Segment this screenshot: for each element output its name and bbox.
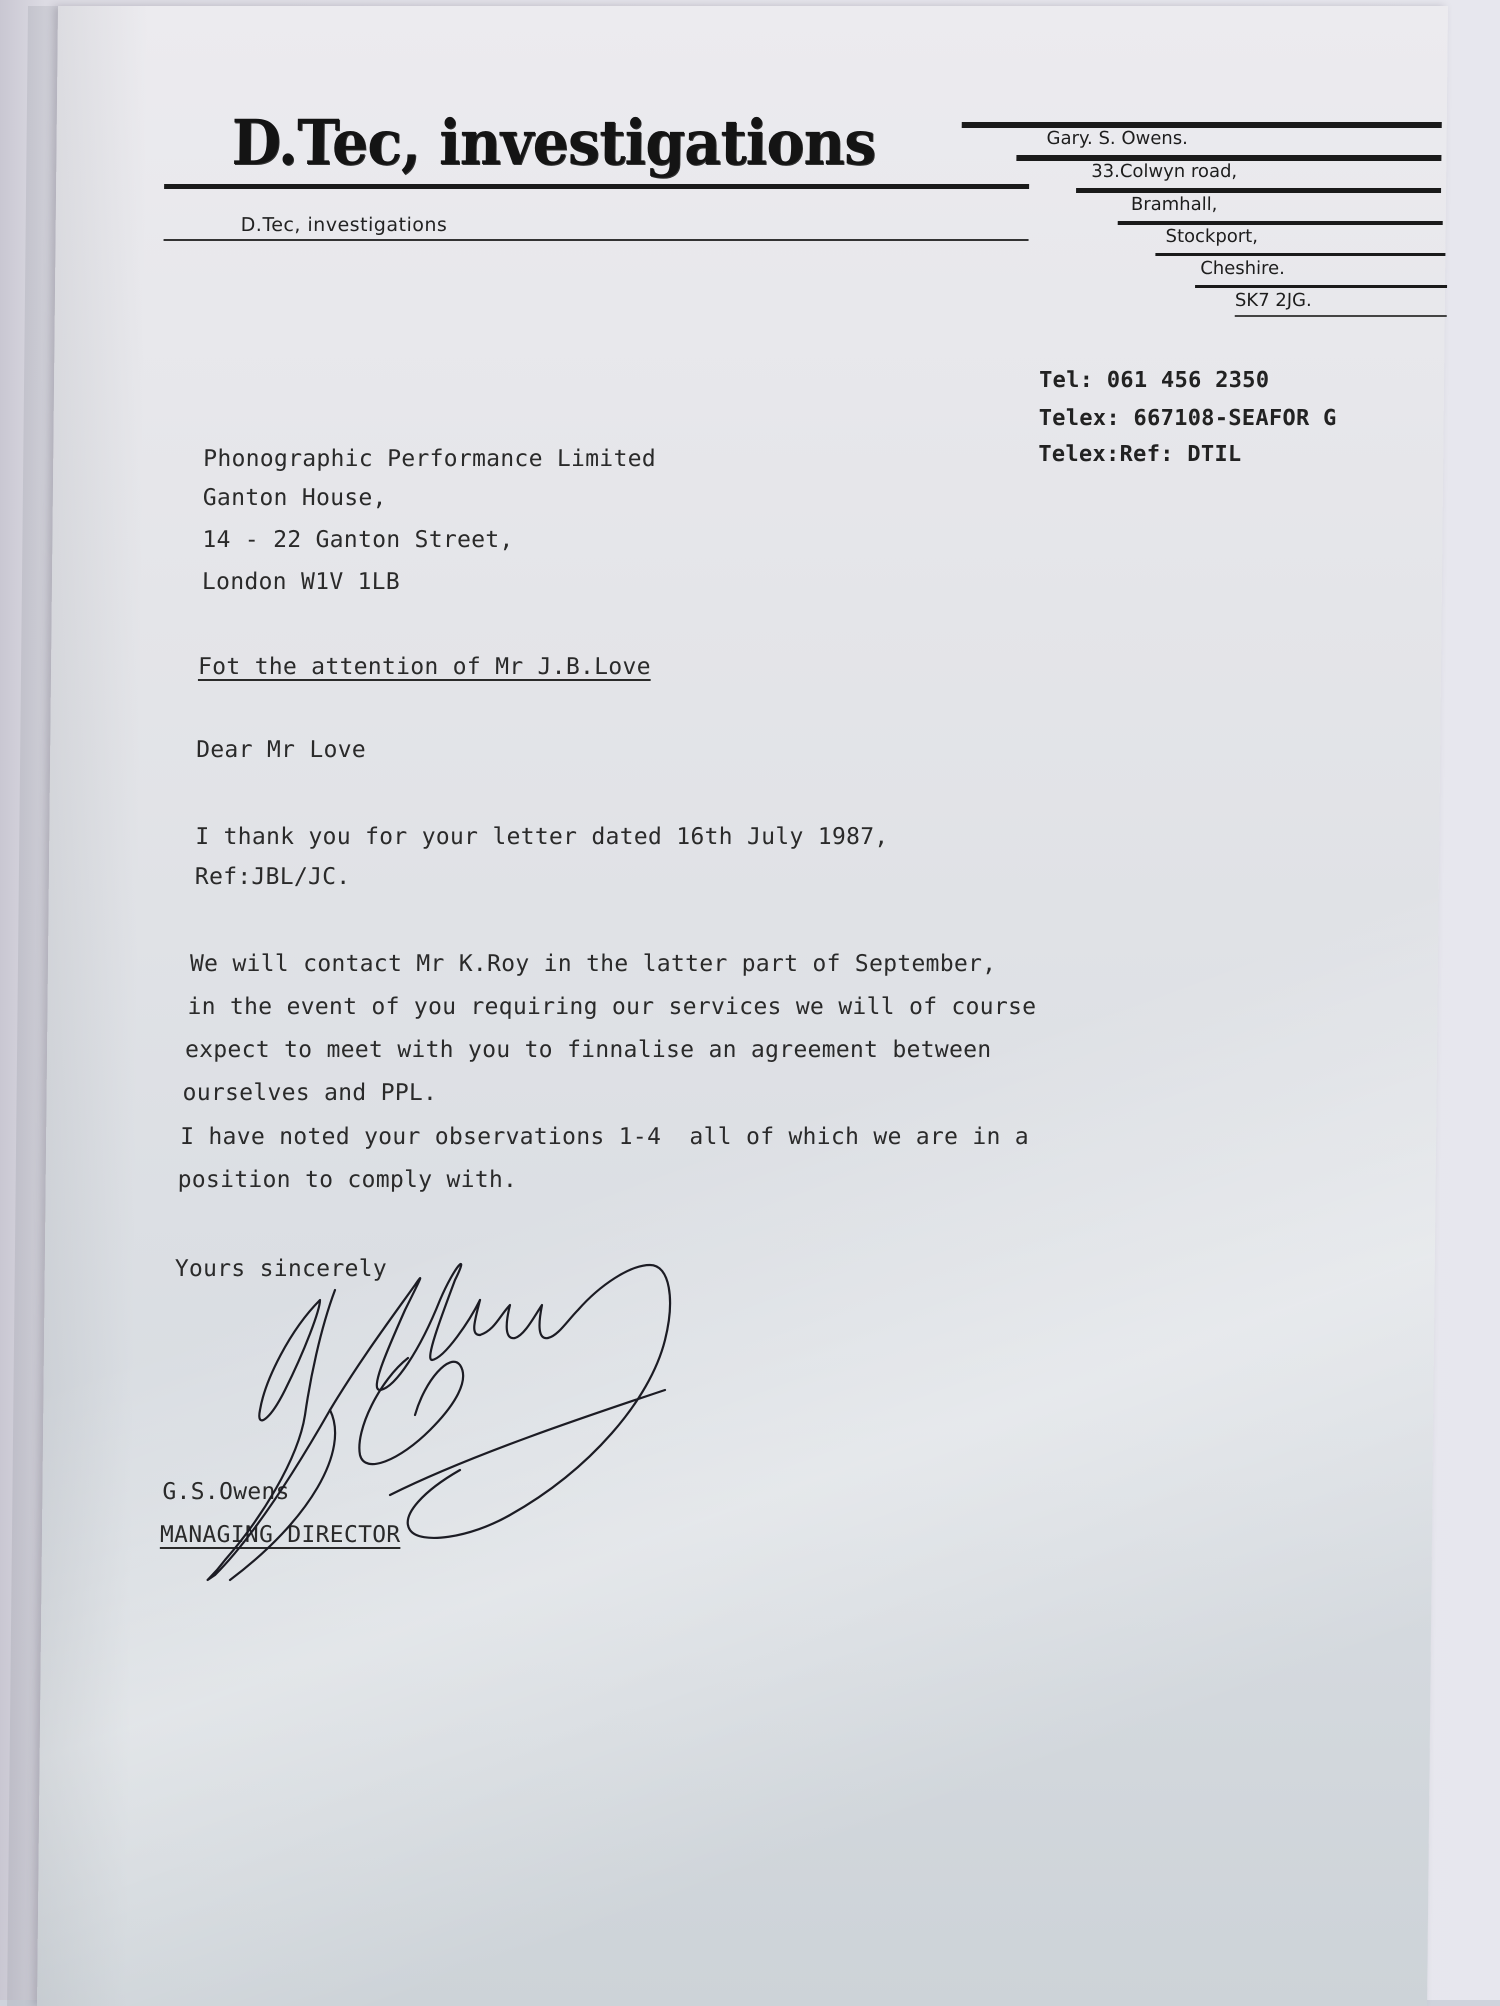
address-rule-3 [1118, 221, 1443, 225]
letterhead-rule-bottom [164, 239, 1029, 241]
body-line: We will contact Mr K.Roy in the latter p… [190, 951, 997, 977]
sender-name: Gary. S. Owens. [1047, 128, 1188, 149]
sender-town: Stockport, [1165, 226, 1258, 247]
recipient-line: Ganton House, [203, 485, 387, 511]
address-rule-6 [1235, 315, 1447, 317]
company-name-small: D.Tec, investigations [241, 214, 448, 236]
letterhead-rule-top [164, 184, 1029, 189]
body-line: Ref:JBL/JC. [195, 864, 351, 890]
salutation: Dear Mr Love [196, 737, 366, 763]
body-line: expect to meet with you to finnalise an … [185, 1037, 992, 1063]
sender-postcode: SK7 2JG. [1235, 290, 1312, 311]
body-line: I thank you for your letter dated 16th J… [195, 824, 888, 850]
attention-line: Fot the attention of Mr J.B.Love [198, 654, 651, 680]
contact-telex: Telex: 667108-SEAFOR G [1039, 406, 1337, 431]
body-line: position to comply with. [178, 1167, 518, 1193]
sender-locality: Bramhall, [1131, 194, 1218, 215]
body-line: I have noted your observations 1-4 all o… [180, 1124, 1029, 1150]
sender-street: 33.Colwyn road, [1091, 161, 1237, 182]
address-rule-0 [962, 122, 1442, 128]
address-rule-2 [1076, 188, 1441, 193]
body-line: ourselves and PPL. [182, 1080, 437, 1106]
recipient-line: London W1V 1LB [202, 569, 400, 595]
company-logo-wordmark: D.Tec, investigations [231, 106, 876, 179]
body-line: in the event of you requiring our servic… [187, 994, 1036, 1020]
contact-tel: Tel: 061 456 2350 [1039, 368, 1270, 393]
recipient-line: 14 - 22 Ganton Street, [202, 527, 514, 553]
sender-county: Cheshire. [1200, 258, 1285, 279]
recipient-line: Phonographic Performance Limited [203, 446, 656, 472]
contact-telex-ref: Telex:Ref: DTIL [1038, 442, 1241, 467]
address-rule-4 [1155, 253, 1445, 256]
letter-page: D.Tec, investigations D.Tec, investigati… [37, 6, 1448, 2000]
handwritten-signature [170, 1240, 870, 1600]
address-rule-5 [1195, 285, 1447, 288]
